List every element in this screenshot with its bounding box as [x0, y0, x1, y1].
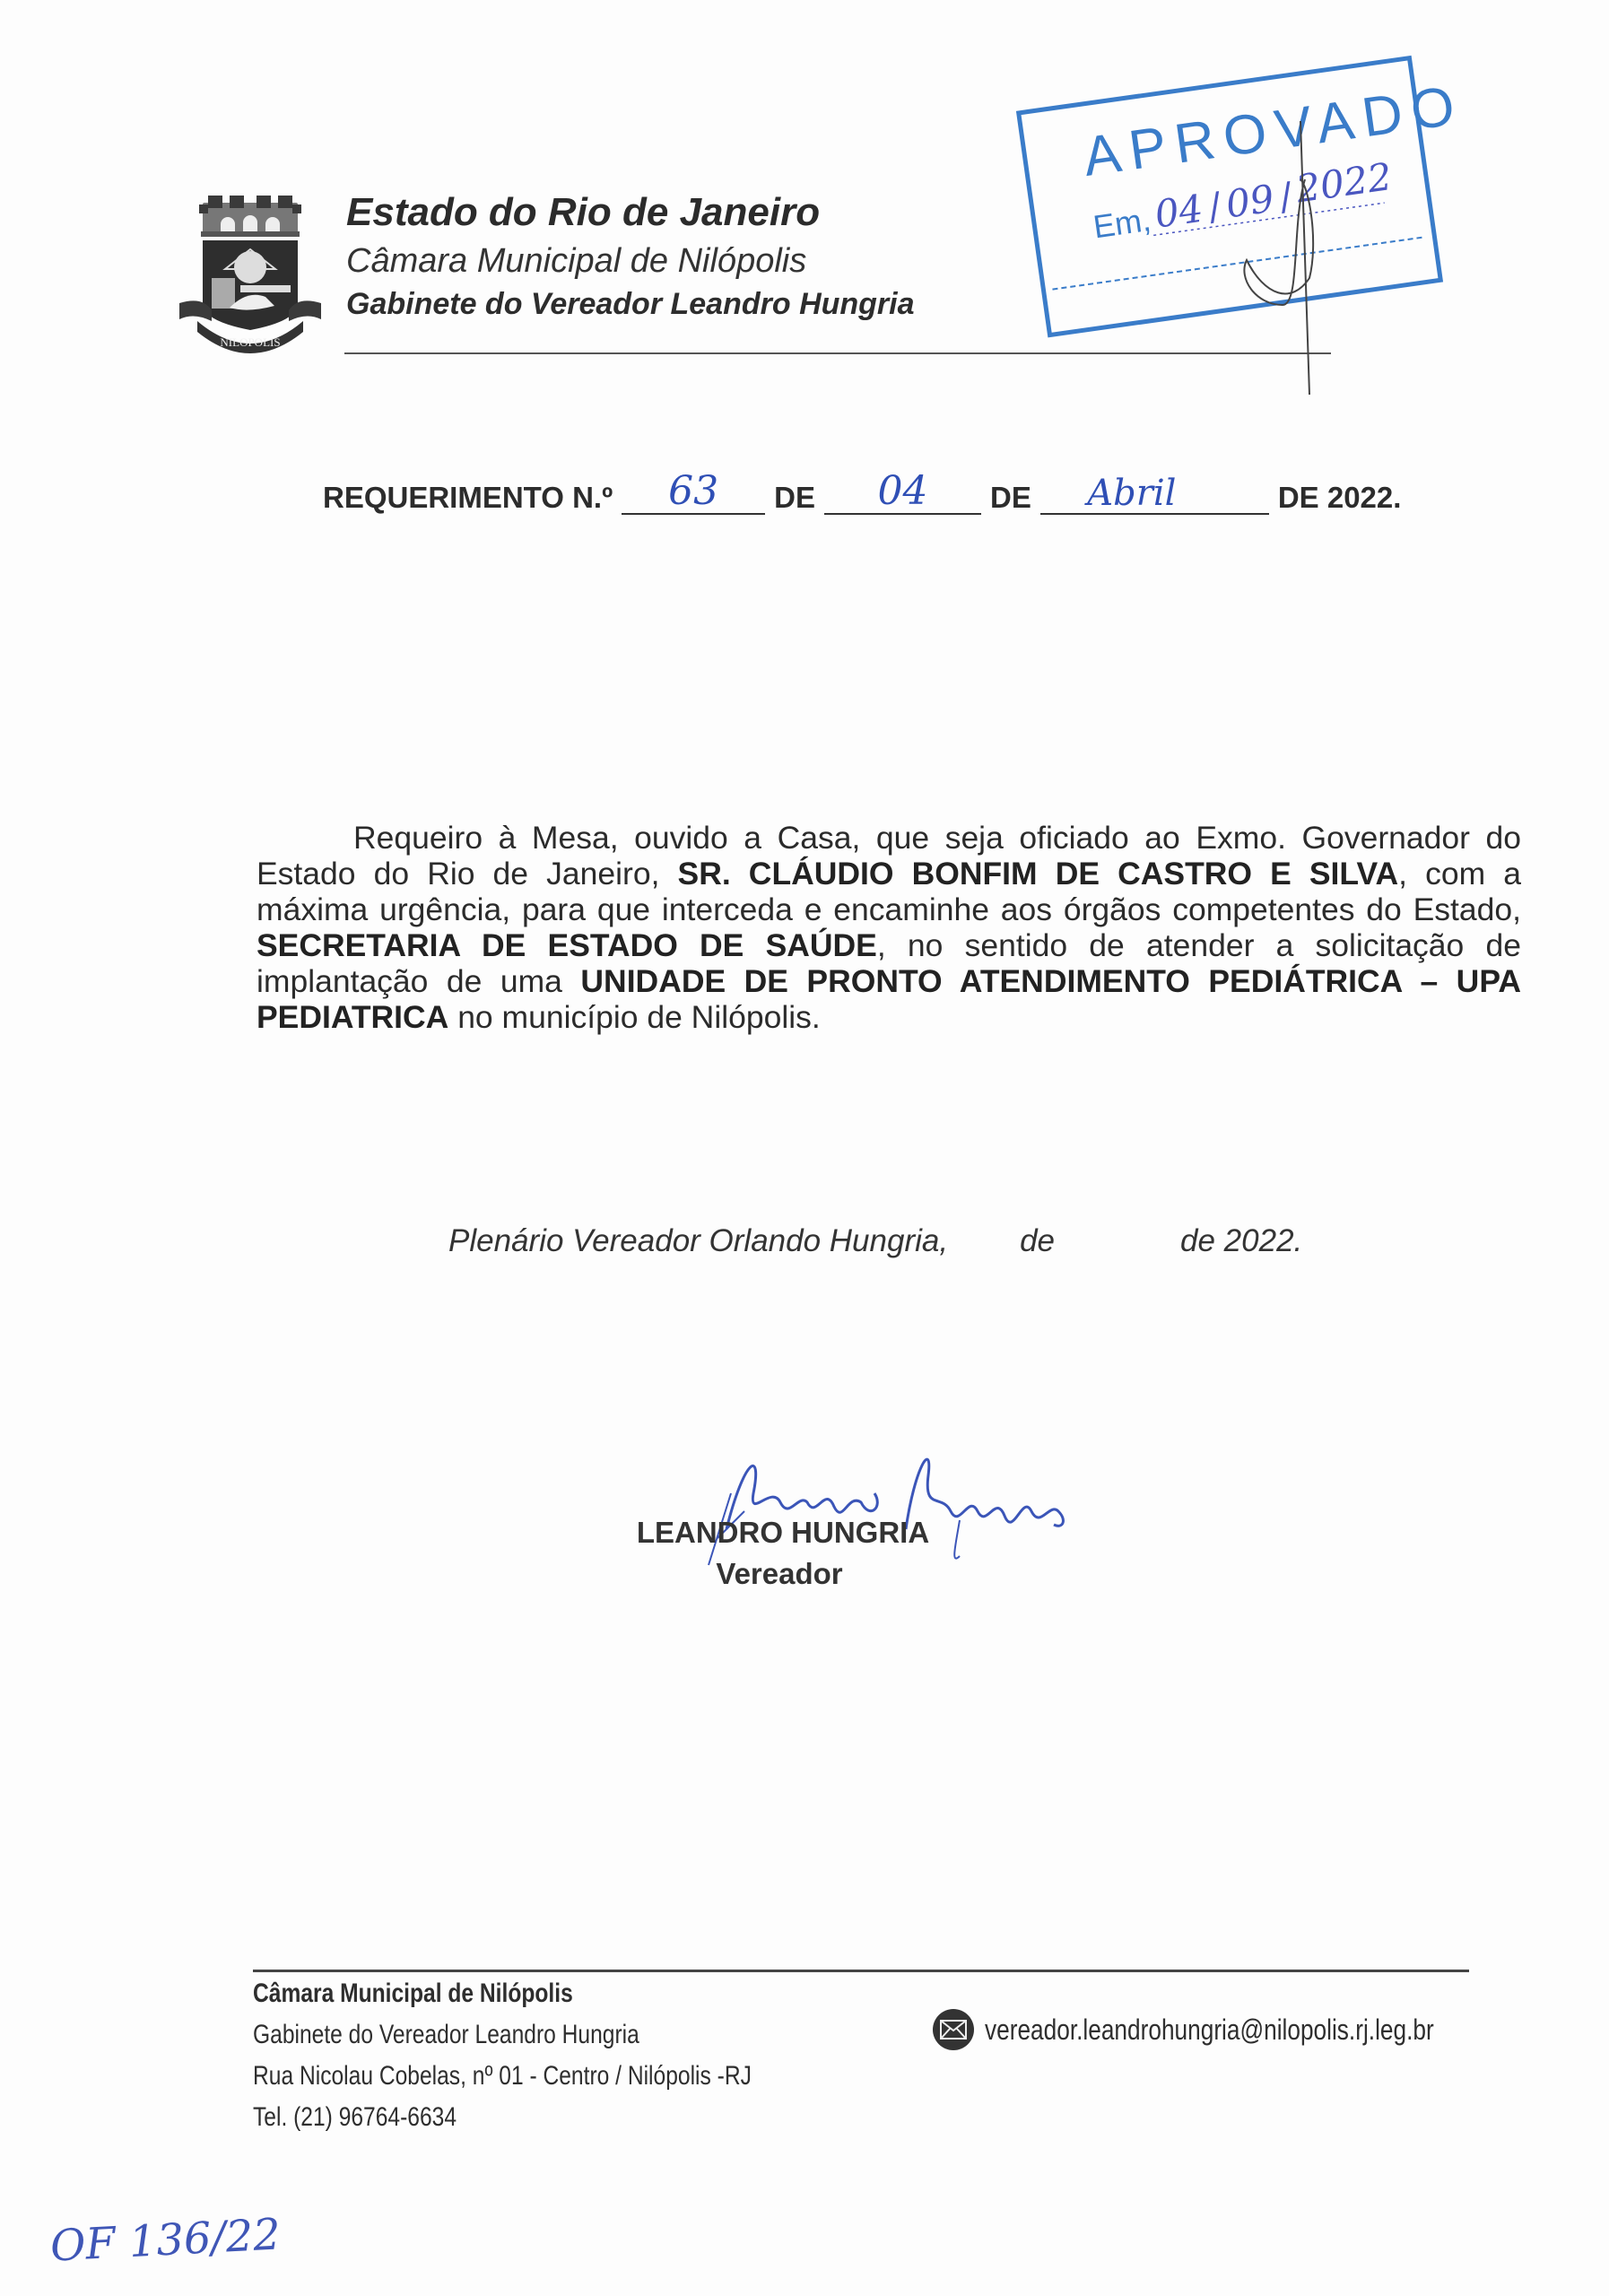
svg-text:/: / — [1205, 184, 1225, 230]
footer-phone: Tel. (21) 96764-6634 — [253, 2097, 752, 2138]
header-chamber-name: Câmara Municipal de Nilópolis — [346, 242, 806, 281]
svg-text:2022: 2022 — [1292, 154, 1395, 212]
footer-contact-block: Câmara Municipal de Nilópolis Gabinete d… — [253, 1970, 861, 2138]
body-text-4: no município de Nilópolis. — [448, 999, 820, 1035]
handwritten-signature — [691, 1439, 1085, 1574]
closing-de: de — [1020, 1223, 1055, 1258]
requerimento-title: REQUERIMENTO N.º 63 DE 04 DE Abril DE 20… — [323, 481, 1401, 515]
header-office-name: Gabinete do Vereador Leandro Hungria — [346, 287, 915, 322]
requerimento-de-2: DE — [990, 481, 1031, 515]
requerimento-number: 63 — [668, 472, 718, 511]
header-state-title: Estado do Rio de Janeiro — [346, 190, 820, 235]
svg-text:Em,: Em, — [1091, 201, 1152, 246]
request-body-paragraph: Requeiro à Mesa, ouvido a Casa, que seja… — [257, 820, 1521, 1035]
requerimento-day: 04 — [877, 472, 927, 511]
requerimento-label: REQUERIMENTO N.º — [323, 481, 613, 515]
municipal-crest-logo: NILOPOLIS — [176, 196, 325, 353]
signer-name: LEANDRO HUNGRIA — [0, 1516, 1609, 1550]
signer-name-text: LEANDRO HUNGRIA — [637, 1516, 929, 1549]
health-secretariat: SECRETARIA DE ESTADO DE SAÚDE — [257, 927, 877, 963]
svg-text:NILOPOLIS: NILOPOLIS — [220, 335, 280, 349]
footer-email-text[interactable]: vereador.leandrohungria@nilopolis.rj.leg… — [985, 2013, 1434, 2047]
signer-role-text: Vereador — [716, 1557, 842, 1590]
approval-stamp: APROVADO Em, 04 / 09 / 2022 — [1005, 9, 1507, 395]
requerimento-number-field: 63 — [622, 483, 765, 515]
closing-year: de 2022. — [1180, 1223, 1302, 1258]
footer-email[interactable]: vereador.leandrohungria@nilopolis.rj.leg… — [933, 2009, 1533, 2050]
svg-text:/: / — [1276, 174, 1296, 220]
governor-name: SR. CLÁUDIO BONFIM DE CASTRO E SILVA — [678, 856, 1399, 891]
footer-address: Rua Nicolau Cobelas, nº 01 - Centro / Ni… — [253, 2056, 752, 2097]
requerimento-de-1: DE — [774, 481, 815, 515]
requerimento-month-field: Abril — [1040, 483, 1269, 515]
handwritten-office-number: OF 136/22 — [49, 2209, 282, 2271]
requerimento-year: DE 2022. — [1278, 481, 1402, 515]
closing-place-date: Plenário Vereador Orlando Hungria,dede 2… — [448, 1223, 1302, 1259]
envelope-icon — [933, 2009, 974, 2050]
closing-place: Plenário Vereador Orlando Hungria, — [448, 1223, 948, 1258]
signer-role: Vereador — [0, 1557, 1609, 1591]
svg-text:09: 09 — [1223, 177, 1277, 227]
svg-text:APROVADO: APROVADO — [1080, 74, 1467, 188]
footer-org: Câmara Municipal de Nilópolis — [253, 1973, 752, 2014]
requerimento-month: Abril — [1087, 475, 1176, 511]
footer-office: Gabinete do Vereador Leandro Hungria — [253, 2014, 752, 2056]
requerimento-day-field: 04 — [824, 483, 981, 515]
